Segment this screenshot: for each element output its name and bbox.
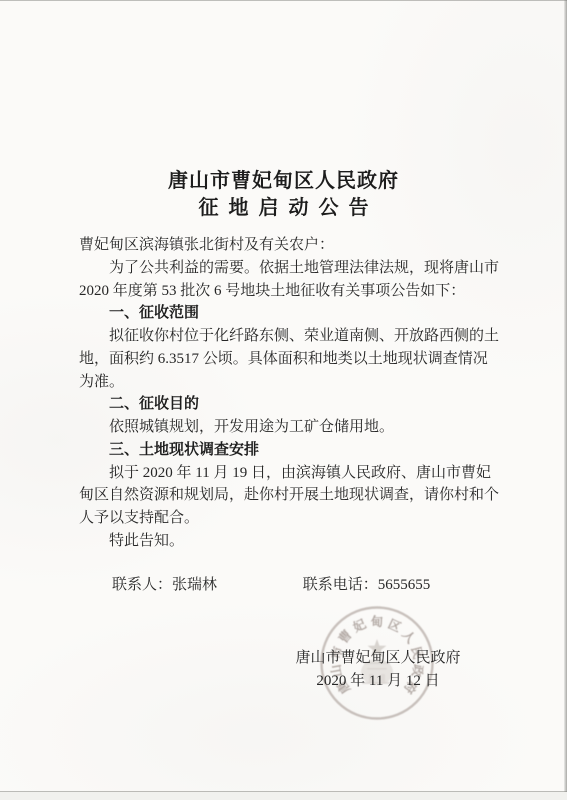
body-line: 拟征收你村位于化纤路东侧、荣业道南侧、开放路西侧的土 (79, 325, 505, 348)
svg-text:甸: 甸 (371, 614, 384, 629)
body-line: 2020 年度第 53 批次 6 号地块土地征收有关事项公告如下： (79, 280, 505, 303)
scanned-document-page: 唐山市曹妃甸区人民政府 征地启动公告 曹妃甸区滨海镇张北街村及有关农户： 为了公… (0, 0, 567, 800)
body-line: 为了公共利益的需要。依据土地管理法律法规，现将唐山市 (79, 257, 505, 280)
svg-text:人: 人 (399, 628, 418, 647)
body-line: 地，面积约 6.3517 公顷。具体面积和地类以土地现状调查情况 (79, 348, 505, 371)
document-title: 唐山市曹妃甸区人民政府 (0, 164, 567, 193)
svg-text:妃: 妃 (350, 616, 369, 636)
document-body: 曹妃甸区滨海镇张北街村及有关农户： 为了公共利益的需要。依据土地管理法律法规，现… (79, 234, 505, 553)
body-line: 人予以支持配合。 (79, 507, 505, 530)
closing-line: 特此告知。 (79, 530, 505, 553)
contact-row: 联系人：张瑞林 联系电话：5655655 (79, 574, 505, 596)
signature-block: 唐山市曹妃甸区人民政府 2020 年 11 月 12 日 (248, 647, 508, 692)
section-heading-scope: 一、征收范围 (79, 302, 505, 325)
signature-date: 2020 年 11 月 12 日 (248, 670, 508, 693)
body-line: 依照城镇规划，开发用途为工矿仓储用地。 (79, 416, 505, 439)
salutation-line: 曹妃甸区滨海镇张北街村及有关农户： (79, 234, 505, 257)
document-subtitle: 征地启动公告 (0, 191, 567, 220)
section-heading-survey: 三、土地现状调查安排 (79, 439, 505, 462)
body-line: 为准。 (79, 371, 505, 394)
svg-text:曹: 曹 (335, 627, 355, 647)
scan-edge-bottom-area (0, 792, 567, 800)
body-line: 拟于 2020 年 11 月 19 日，由滨海镇人民政府、唐山市曹妃 (79, 462, 505, 485)
signature-org: 唐山市曹妃甸区人民政府 (248, 647, 508, 670)
contact-phone: 联系电话：5655655 (303, 577, 431, 593)
svg-text:区: 区 (386, 616, 404, 635)
section-heading-purpose: 二、征收目的 (79, 393, 505, 416)
body-line: 甸区自然资源和规划局，赴你村开展土地现状调查，请你村和个 (79, 484, 505, 507)
scan-edge-top (0, 0, 567, 1)
contact-person: 联系人：张瑞林 (112, 577, 217, 593)
